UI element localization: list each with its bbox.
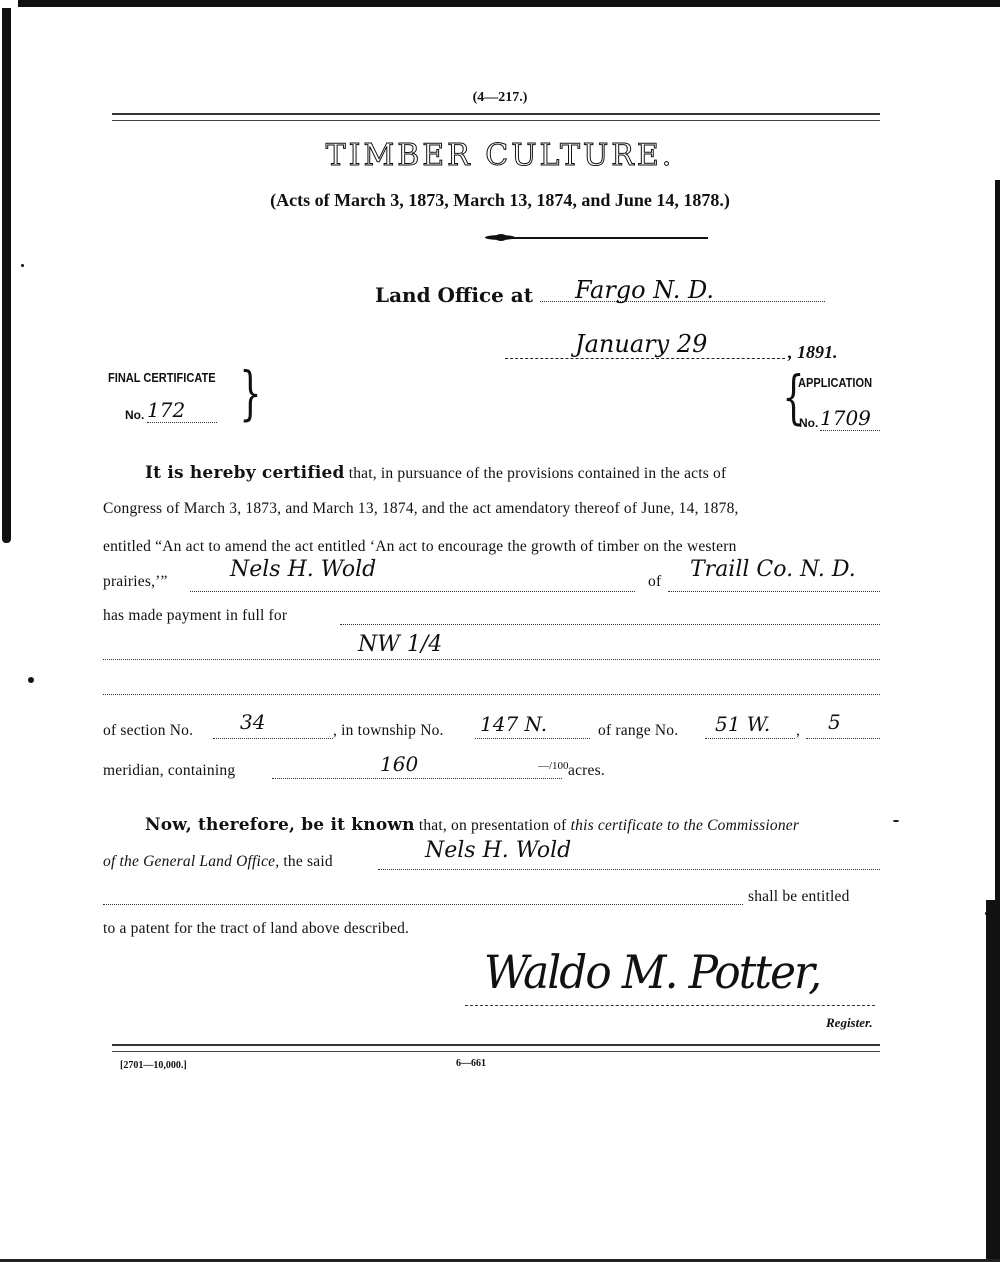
conclusion-line-1: Now, therefore, be it known that, on pre…: [145, 815, 885, 835]
application-number: 1709: [820, 406, 880, 431]
meridian-label: meridian, containing: [103, 762, 235, 779]
date-year: , 1891.: [788, 342, 838, 363]
tract-description: NW 1/4: [358, 632, 442, 657]
conclusion-fill-line: [103, 890, 743, 905]
tract-description-line: [103, 643, 880, 660]
meridian-fill-line: [806, 724, 880, 739]
section-label: of section No.: [103, 722, 193, 739]
conclusion-line-4: to a patent for the tract of land above …: [103, 920, 409, 938]
scan-edge-left: [2, 8, 11, 543]
range-value: 51 W.: [715, 712, 770, 736]
register-title: Register.: [826, 1015, 873, 1031]
claimant-name: Nels H. Wold: [230, 557, 376, 582]
conclusion-line-3: shall be entitled: [748, 888, 850, 906]
scan-speck: [28, 677, 34, 683]
land-office-value: Fargo N. D.: [540, 276, 825, 302]
acres-label: acres.: [568, 762, 605, 780]
document-title: TIMBER CULTURE.: [0, 138, 1000, 173]
scan-speck: [21, 264, 24, 267]
scan-speck: [893, 820, 899, 822]
final-certificate-number: 172: [147, 398, 217, 423]
claimant-residence: Traill Co. N. D.: [690, 557, 856, 582]
register-signature: Waldo M. Potter,: [484, 945, 820, 999]
tract-description-line-2: [103, 680, 880, 695]
range-comma: ,: [796, 722, 800, 740]
ornament-divider: [400, 235, 605, 239]
section-value: 34: [240, 710, 265, 734]
final-certificate-no-label: No.: [125, 408, 144, 422]
document-subtitle: (Acts of March 3, 1873, March 13, 1874, …: [0, 190, 1000, 211]
application-no-label: No.: [799, 416, 818, 430]
meridian-value: 5: [828, 710, 841, 734]
certification-line-3: entitled “An act to amend the act entitl…: [103, 538, 880, 556]
conclusion-line-2-italic: of the General Land Office,: [103, 853, 279, 870]
certification-line-1-text: that, in pursuance of the provisions con…: [349, 465, 727, 482]
section-fill-line: [213, 724, 333, 739]
certification-lead: It is hereby certified: [145, 463, 345, 483]
scan-edge-top: [18, 0, 1000, 7]
land-office-label: Land Office at: [375, 283, 533, 307]
said-name: Nels H. Wold: [425, 838, 571, 863]
conclusion-line-2-text: the said: [283, 853, 332, 870]
signature-line: [465, 1005, 875, 1006]
range-label: of range No.: [598, 722, 678, 740]
conclusion-line-1-text: that, on presentation of: [419, 817, 567, 834]
print-code: [2701—10,000.]: [120, 1060, 187, 1071]
certification-line-1: It is hereby certified that, in pursuanc…: [145, 463, 880, 483]
certification-line-2: Congress of March 3, 1873, and March 13,…: [103, 500, 880, 518]
scan-edge-right-lower: [986, 900, 1000, 1262]
final-certificate-label: FINAL CERTIFICATE: [108, 370, 216, 385]
application-label: APPLICATION: [798, 375, 872, 390]
of-label: of: [648, 573, 661, 591]
payment-label: has made payment in full for: [103, 607, 287, 624]
payment-fill-line: [340, 610, 880, 625]
page-code: 6—661: [456, 1058, 486, 1069]
brace-left-icon: }: [239, 364, 261, 422]
prairies-text: prairies,’”: [103, 573, 168, 590]
conclusion-lead: Now, therefore, be it known: [145, 815, 415, 835]
header-double-rule: [112, 113, 880, 121]
township-label: , in township No.: [333, 722, 444, 740]
date-value: January 29: [575, 330, 707, 358]
conclusion-line-1-italic: this certificate to the Commissioner: [571, 817, 799, 834]
township-value: 147 N.: [480, 712, 547, 736]
scan-speck: [985, 912, 988, 915]
acres-value: 160: [380, 752, 418, 776]
form-number: (4—217.): [0, 90, 1000, 106]
footer-double-rule: [112, 1044, 880, 1052]
acres-fraction: —/100: [538, 760, 569, 772]
